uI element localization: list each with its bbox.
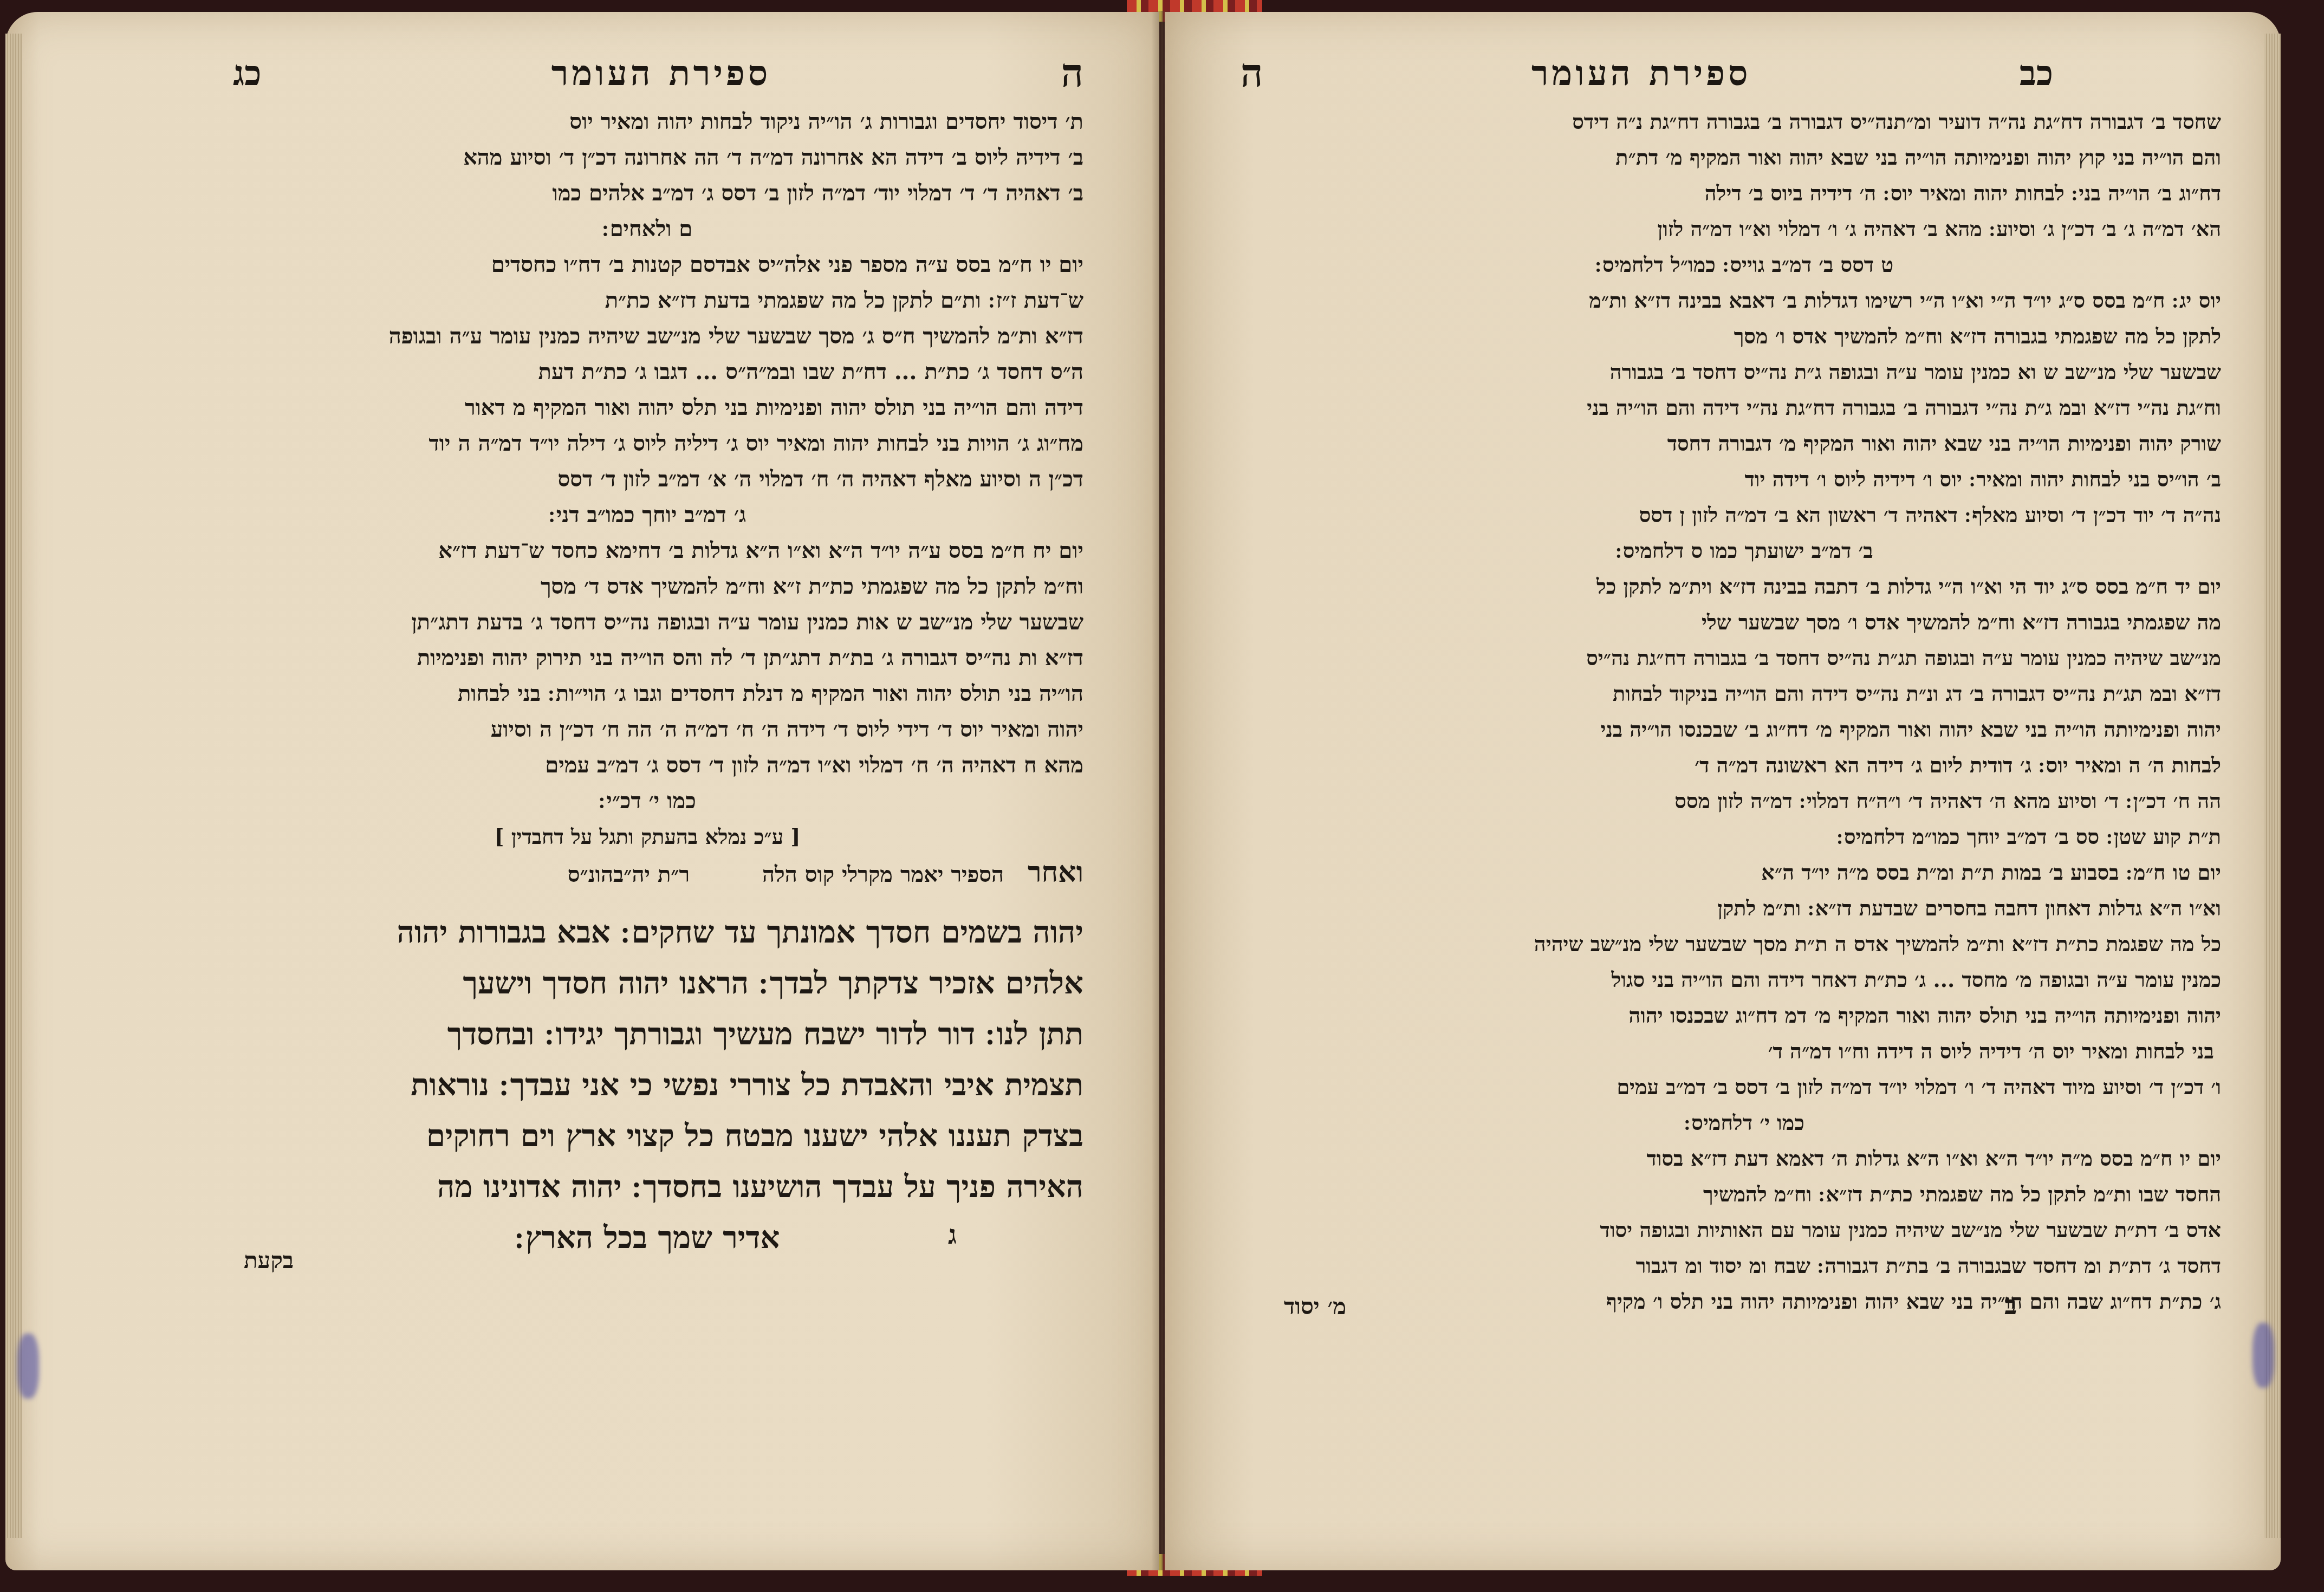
text-line: יהוה ופנימיותה הו״יה בני תולס יהוה ואור …	[1268, 998, 2221, 1034]
left-page: ה ספירת העומר כג ת׳ דיסוד יחסדים וגבורות…	[5, 12, 1159, 1570]
text-line: וח״גת נה״י דז״א ובמ ג״ת נה״י דגבורה ב׳ ב…	[1268, 390, 2221, 426]
bracket-note: [ ע״כ נמלא בהעתק ותגל על דחבדין ]	[211, 819, 1083, 855]
text-line: כמנין עומר ע״ה ובגופה מ׳ מחסד ... ג׳ כת״…	[1268, 962, 2221, 998]
psalm-line: יהוה בשמים חסדך אמונתך עד שחקים ׃ אבא בג…	[211, 907, 1083, 958]
text-line: דז״א ובמ תג״ת נה״יס דגבורה ב׳ דג ונ״ת נה…	[1268, 676, 2221, 712]
text-line: יהוה ופנימיותה הו״יה בני שבא יהוה ואור ה…	[1268, 712, 2221, 748]
day-entry-line: יום יד ח״מ בסס ס״ג יוד הי וא״ו ה״י גדלות…	[1268, 569, 2221, 605]
psalm-line: בצדק תעננו אלהי ישענו מבטח כל קצוי ארץ ו…	[211, 1110, 1083, 1161]
header-mark: ה	[1061, 50, 1083, 96]
text-line: ם ולאחים ׃	[211, 211, 1083, 247]
text-line: לתקן כל מה שפגמתי בגבורה דז״א וח״מ להמשי…	[1268, 319, 2221, 354]
catchword: מ׳ יסוד	[1284, 1293, 1346, 1320]
catchword: בקעת	[244, 1247, 294, 1274]
text-line: ג׳ כת״ת דח״וג שבה והם הו״יה בני שבא יהוה…	[1268, 1284, 2221, 1320]
running-title: ספירת העומר	[1531, 53, 1751, 94]
page-number: כב	[2020, 53, 2053, 94]
closing-instruction: ואחר הספיר יאמר מקרלי קוס הלה ר״ת יה״בהו…	[211, 855, 1083, 893]
text-line: מהא ח דאהיה ה׳ ח׳ דמלוי וא״ו דמ״ה לזון ד…	[211, 748, 1083, 783]
text-line: וח״מ לתקן כל מה שפגמתי כת״ת ז״א וח״מ להמ…	[211, 569, 1083, 605]
text-line: ת׳ דיסוד יחסדים וגבורות ג׳ הו״יה ניקוד ל…	[211, 104, 1083, 140]
signature-mark: ב	[2004, 1290, 2017, 1321]
ink-stain-right	[2252, 1323, 2274, 1388]
text-line: נה״ה ד׳ יוד דכ״ן ד׳ וסיוע מאלף ׃ דאהיה ד…	[1268, 497, 2221, 533]
day-entry-line: יום יו ח״מ בסס מ״ה יו״ד ה״א וא״ו ה״א גדל…	[1268, 1141, 2221, 1177]
text-line: ב׳ דאהיה ד׳ ד׳ דמלוי יוד׳ דמ״ה לזון ב׳ ד…	[211, 176, 1083, 211]
text-line: ת״ת קוע שטן ׃ סס ב׳ דמ״ב יוחך כמו״מ דלחמ…	[1268, 819, 2221, 855]
text-line: דח״וג ב׳ הו״יה בני ׃ לבחות יהוה ומאיר יו…	[1268, 176, 2221, 211]
ink-stain-left	[17, 1334, 39, 1399]
text-line: לבחות ה׳ ה ומאיר יוס ׃ ג׳ דודית ליום ג׳ …	[1268, 748, 2221, 783]
text-line: אדס ב׳ דת״ת שבשער שלי מנ״שב שיהיה כמנין …	[1268, 1212, 2221, 1248]
text-line: ב׳ דמ״ב ישועתך כמו ס דלחמיס ׃	[1268, 533, 2221, 569]
running-title: ספירת העומר	[551, 53, 771, 94]
text-line: כמו י׳ דכ״י ׃	[211, 783, 1083, 819]
text-line: ׃ בני לבחות ומאיר יוס ה׳ דידיה ליוס ה די…	[1268, 1034, 2221, 1069]
day-entry-line: יום יו ח״מ בסס ע״ה מספר פני אלה״יס אבדסם…	[211, 247, 1083, 283]
text-line: דז״א ות נה״יס דגבורה ג׳ בת״ת דתג״תן ד׳ ל…	[211, 640, 1083, 676]
text-line: מח״וג ג׳ הויות בני לבחות יהוה ומאיר יוס …	[211, 426, 1083, 462]
text-line: ב׳ דידיה ליוס ב׳ דידה הא אחרונה דמ״ה ד׳ …	[211, 140, 1083, 176]
text-line: כל מה שפגמת כת״ת דז״א ות״מ להמשיך אדס ה …	[1268, 926, 2221, 962]
text-line: הו״יה בני תולס יהוה ואור המקיף מ דנלת דח…	[211, 676, 1083, 712]
text-line: שבשער שלי מנ״שב ש וא כמנין עומר ע״ה ובגו…	[1268, 354, 2221, 390]
text-line: דידה והם הו״יה בני תולס יהוה ופנימיות בנ…	[211, 390, 1083, 426]
acronym-note: ר״ת יה״בהונ״ס	[568, 862, 690, 887]
text-line: ב׳ הו״יס בני לבחות יהוה ומאיר ׃ יוס ו׳ ד…	[1268, 462, 2221, 497]
left-page-header: ה ספירת העומר כג	[233, 50, 1083, 96]
psalm-line: תצמית איבי והאבדת כל צוררי נפשי כי אני ע…	[211, 1060, 1083, 1110]
text-line: ט דסס ב׳ דמ״ב גוייס ׃ כמו״ל דלחמיס ׃	[1268, 247, 2221, 283]
left-page-text: ת׳ דיסוד יחסדים וגבורות ג׳ הו״יה ניקוד ל…	[211, 104, 1083, 1263]
text-line: דחסד ג׳ דת״ת ומ דחסד שבגבורה ב׳ בת״ת דגב…	[1268, 1248, 2221, 1284]
right-page-header: כב ספירת העומר ה	[1241, 50, 2053, 96]
text-line: וא״ו ה״א גדלות דאחון דחבה בחסרים שבדעת ד…	[1268, 891, 2221, 926]
text-line: הא׳ דמ״ה ג׳ ב׳ דכ״ן ג׳ וסיוע ׃ מהא ב׳ דא…	[1268, 211, 2221, 247]
psalm-line: תתן לנו ׃ דור לדור ישבח מעשיך וגבורתך יג…	[211, 1009, 1083, 1060]
signature-mark: ג	[948, 1220, 957, 1250]
text-line: מנ״שב שיהיה כמנין עומר ע״ה ובגופה תג״ת נ…	[1268, 640, 2221, 676]
text-line: דז״א ות״מ להמשיך ח״ס ג׳ מסך שבשער שלי מנ…	[211, 319, 1083, 354]
text-line: ו׳ דכ״ן ד׳ וסיוע מיוד דאהיה ד׳ ו׳ דמלוי …	[1268, 1069, 2221, 1105]
text-line: כמו י׳ דלחמיס ׃	[1268, 1105, 2221, 1141]
day-entry-line: יוס יג ׃ ח״מ בסס ס״ג יו״ד ה״י וא״ו ה״י ר…	[1268, 283, 2221, 319]
day-entry-line: יום יח ח״מ בסס ע״ה יו״ד ה״א וא״ו ה״א גדל…	[211, 533, 1083, 569]
text-line: מה שפגמתי בגבורה דז״א וח״מ להמשיך אדס ו׳…	[1268, 605, 2221, 640]
right-page-text: שחסד ב׳ דגבורה דח״גת נה״ה דועיר ומ״תנה״י…	[1268, 104, 2221, 1320]
text-line: דכ״ן ה וסיוע מאלף דאהיה ה׳ ח׳ דמלוי ה׳ א…	[211, 462, 1083, 497]
text-line: ה״ס דחסד ג׳ כת״ת ... דח״ת שבו ובמ״ה״ס ..…	[211, 354, 1083, 390]
page-edges-left	[5, 34, 22, 1538]
psalm-line: האירה פניך על עבדך הושיענו בחסדך ׃ יהוה …	[211, 1161, 1083, 1212]
text-line: שורק יהוה ופנימיות הו״יה בני שבא יהוה וא…	[1268, 426, 2221, 462]
text-line: ש־דעת ז״ז ׃ ות״ם לתקן כל מה שפגמתי בדעת …	[211, 283, 1083, 319]
header-mark: ה	[1241, 50, 1263, 96]
text-line: הה ח׳ דכ״ן ׃ ד׳ וסיוע מהא ה׳ דאהיה ד׳ ו״…	[1268, 783, 2221, 819]
page-number: כג	[233, 53, 261, 94]
day-entry-line: יום טו ח״מ ׃ בסבוע ב׳ במות ת״ת ומ״ת בסס …	[1268, 855, 2221, 891]
psalm-line: אלהים אזכיר צדקתך לבדך ׃ הראנו יהוה חסדך…	[211, 958, 1083, 1009]
text-line: החסד שבו ות״מ לתקן כל מה שפגמתי כת״ת דז״…	[1268, 1177, 2221, 1212]
closing-text: הספיר יאמר מקרלי קוס הלה	[762, 862, 1004, 887]
text-line: שחסד ב׳ דגבורה דח״גת נה״ה דועיר ומ״תנה״י…	[1268, 104, 2221, 140]
text-line: ג׳ דמ״ב יוחך כמו״ב דני ׃	[211, 497, 1083, 533]
text-line: יהוה ומאיר יוס ד׳ דידי ליוס ד׳ דידה ה׳ ח…	[211, 712, 1083, 748]
right-page: כב ספירת העומר ה שחסד ב׳ דגבורה דח״גת נה…	[1165, 12, 2281, 1570]
lead-word: ואחר	[1028, 856, 1083, 889]
page-edges-right	[2264, 34, 2281, 1538]
text-line: והם הו״יה בני קוץ יהוה ופנימיותה הו״יה ב…	[1268, 140, 2221, 176]
text-line: שבשער שלי מנ״שב ש אות כמנין עומר ע״ה ובג…	[211, 605, 1083, 640]
